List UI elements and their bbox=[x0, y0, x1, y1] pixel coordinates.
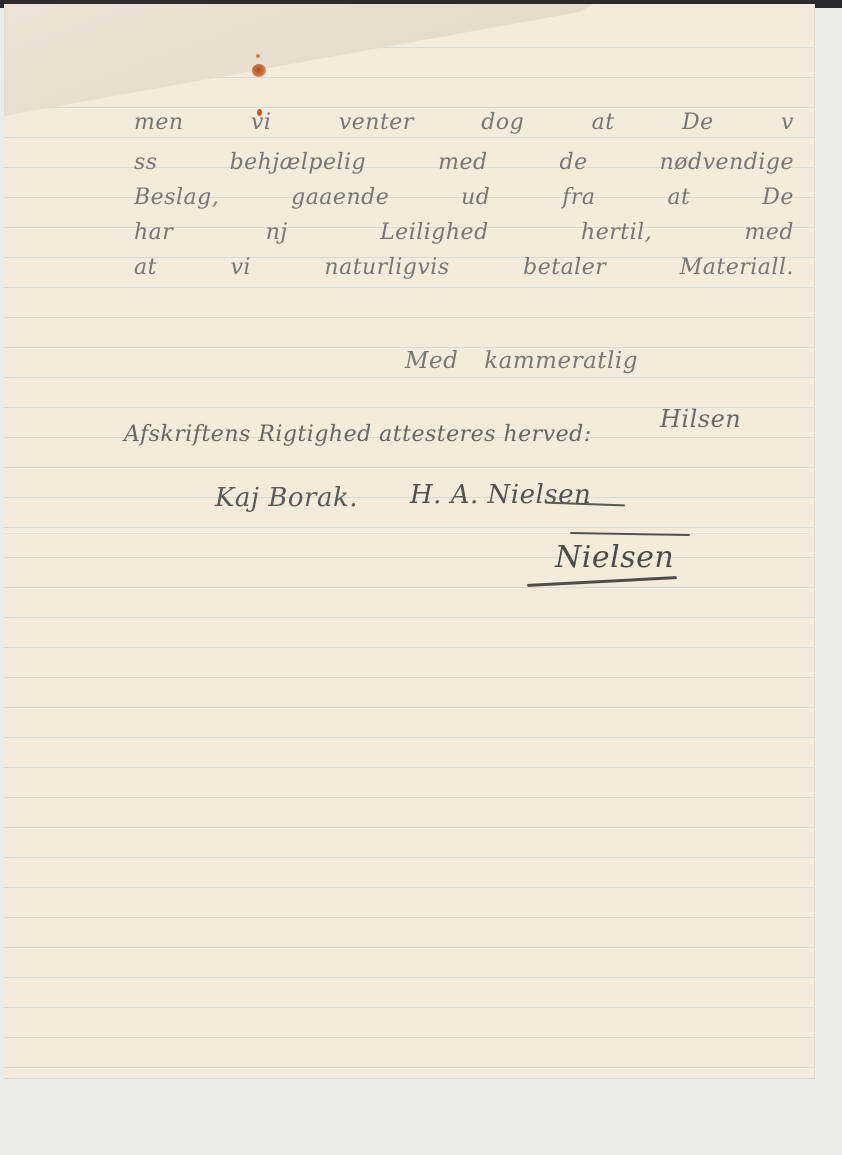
body-line-5: at vi naturligvis betaler Materiall. bbox=[134, 255, 794, 280]
body-line-2: ss behjælpelig med de nødvendige bbox=[134, 150, 794, 175]
body-line-1: men vi venter dog at De v bbox=[134, 110, 794, 135]
word: Materiall. bbox=[680, 255, 794, 280]
word: med bbox=[438, 150, 487, 175]
closing-greeting: Hilsen bbox=[660, 405, 741, 433]
word: fra bbox=[562, 185, 595, 210]
body-line-3: Beslag, gaaende ud fra at De bbox=[134, 185, 794, 210]
closing-salutation: Med kammeratlig bbox=[405, 348, 638, 374]
signature-3: Nielsen bbox=[555, 540, 674, 575]
word: naturligvis bbox=[324, 255, 449, 280]
word: De bbox=[762, 185, 794, 210]
word: at bbox=[592, 110, 615, 135]
word: nødvendige bbox=[660, 150, 794, 175]
word: v bbox=[781, 110, 794, 135]
word: de bbox=[560, 150, 588, 175]
word: Beslag, bbox=[134, 185, 219, 210]
word: De bbox=[682, 110, 714, 135]
word: med bbox=[745, 220, 794, 245]
word: dog bbox=[481, 110, 524, 135]
word: ud bbox=[461, 185, 490, 210]
rust-stain bbox=[256, 54, 260, 58]
word: at bbox=[134, 255, 157, 280]
word: Leilighed bbox=[380, 220, 489, 245]
signature-2: H. A. Nielsen bbox=[410, 480, 591, 510]
word: hertil, bbox=[581, 220, 652, 245]
word: at bbox=[667, 185, 690, 210]
word: ss bbox=[134, 150, 158, 175]
word: har bbox=[134, 220, 173, 245]
word: gaaende bbox=[291, 185, 389, 210]
rust-stain bbox=[252, 64, 266, 77]
word: men bbox=[134, 110, 184, 135]
word: behjælpelig bbox=[230, 150, 367, 175]
word: betaler bbox=[523, 255, 606, 280]
word: vi bbox=[230, 255, 250, 280]
word: vi bbox=[251, 110, 271, 135]
word: nj bbox=[266, 220, 288, 245]
attestation-line: Afskriftens Rigtighed attesteres herved: bbox=[124, 422, 592, 447]
body-line-4: har nj Leilighed hertil, med bbox=[134, 220, 794, 245]
word: venter bbox=[339, 110, 414, 135]
signature-1: Kaj Borak. bbox=[215, 483, 358, 513]
